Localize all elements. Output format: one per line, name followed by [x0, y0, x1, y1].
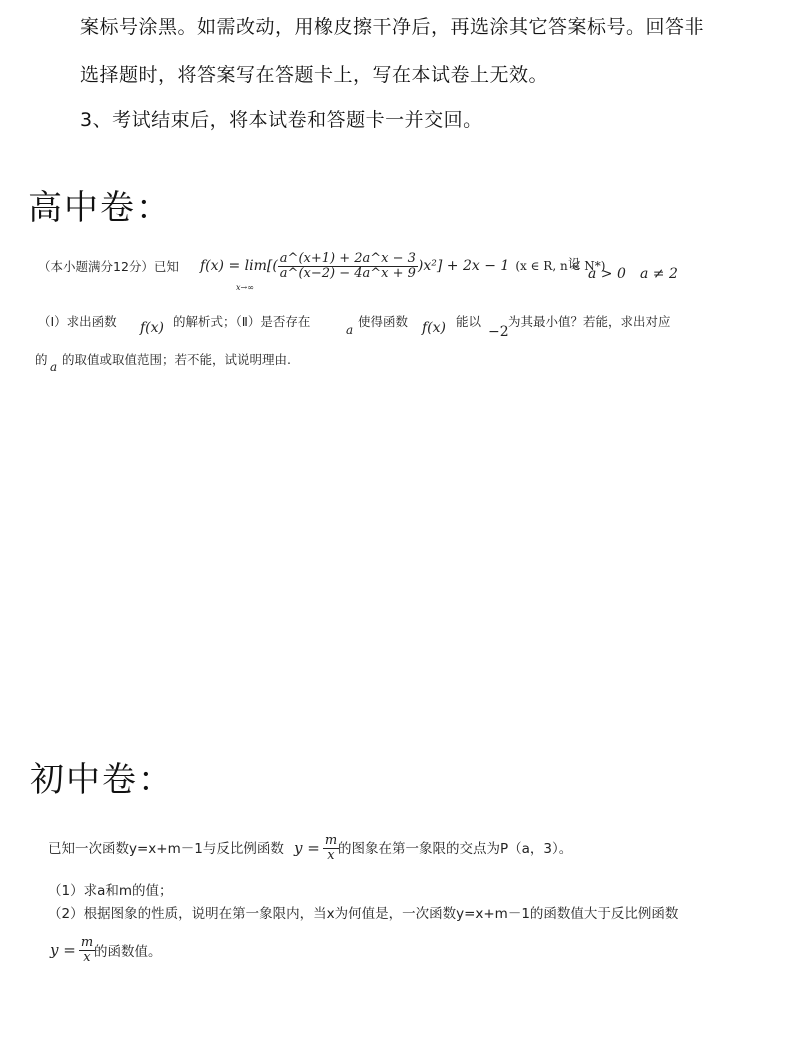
part2-mid: 使得函数: [358, 312, 408, 330]
m-over-x-2: m x: [79, 936, 95, 964]
fraction-denominator-2: x: [81, 951, 92, 965]
junior-stem-suffix: 的图象在第一象限的交点为P（a，3）。: [338, 837, 572, 857]
senior-section-heading: 高中卷：: [28, 180, 172, 229]
junior-stem-prefix: 已知一次函数y=x+m－1与反比例函数: [48, 837, 284, 857]
problem-prefix: （本小题满分12分）已知: [38, 257, 179, 275]
part2-mid2: 能以: [456, 312, 481, 330]
m-over-x: m x: [323, 834, 339, 862]
inverse-function-formula-2: y = m x: [50, 936, 95, 964]
set-word: 设: [568, 254, 581, 272]
part1-prefix: （Ⅰ）求出函数: [38, 312, 117, 330]
instruction-line-2: 选择题时，将答案写在答题卡上，写在本试卷上无效。: [80, 60, 548, 87]
fraction-numerator-2: m: [79, 936, 95, 951]
junior-question-2: （2）根据图象的性质，说明在第一象限内，当x为何值是，一次函数y=x+m－1的函…: [48, 902, 678, 922]
limit-formula: f(x) = lim[( a^(x+1) + 2a^x − 3 a^(x−2) …: [200, 252, 605, 280]
junior-section-heading: 初中卷：: [30, 752, 174, 801]
formula-numerator: a^(x+1) + 2a^x − 3: [278, 252, 418, 267]
a-variable: a: [346, 323, 353, 337]
formula-lhs: f(x) = lim[(: [200, 258, 278, 274]
junior-question-1: （1）求a和m的值；: [48, 879, 173, 899]
formula-denominator: a^(x−2) − 4a^x + 9: [278, 267, 418, 281]
instruction-line-1: 案标号涂黑。如需改动，用橡皮擦干净后，再选涂其它答案标号。回答非: [80, 12, 704, 39]
fraction-denominator: x: [325, 849, 336, 863]
minus-two: −2: [488, 324, 509, 340]
part2-suffix: 为其最小值？若能，求出对应: [508, 312, 671, 330]
line3-prefix: 的: [35, 350, 48, 368]
fx-symbol: f(x): [140, 320, 164, 336]
condition-a-positive: a > 0: [588, 266, 626, 282]
instruction-line-3: 3、考试结束后，将本试卷和答题卡一并交回。: [80, 105, 483, 132]
limit-subscript: x→∞: [236, 283, 254, 292]
fx-symbol-2: f(x): [422, 320, 446, 336]
line3-suffix: 的取值或取值范围；若不能，试说明理由.: [62, 350, 291, 368]
part1-suffix: 的解析式；（Ⅱ）是否存在: [173, 312, 310, 330]
inverse-function-formula: y = m x: [294, 834, 339, 862]
fraction-numerator: m: [323, 834, 339, 849]
condition-a-not-two: a ≠ 2: [640, 266, 678, 282]
formula-rest: )x²] + 2x − 1: [418, 258, 509, 274]
y-equals: y =: [294, 839, 320, 857]
junior-question-2-tail: 的函数值。: [94, 940, 162, 960]
y-equals-2: y =: [50, 941, 76, 959]
formula-fraction: a^(x+1) + 2a^x − 3 a^(x−2) − 4a^x + 9: [278, 252, 418, 280]
a-variable-2: a: [50, 360, 57, 374]
